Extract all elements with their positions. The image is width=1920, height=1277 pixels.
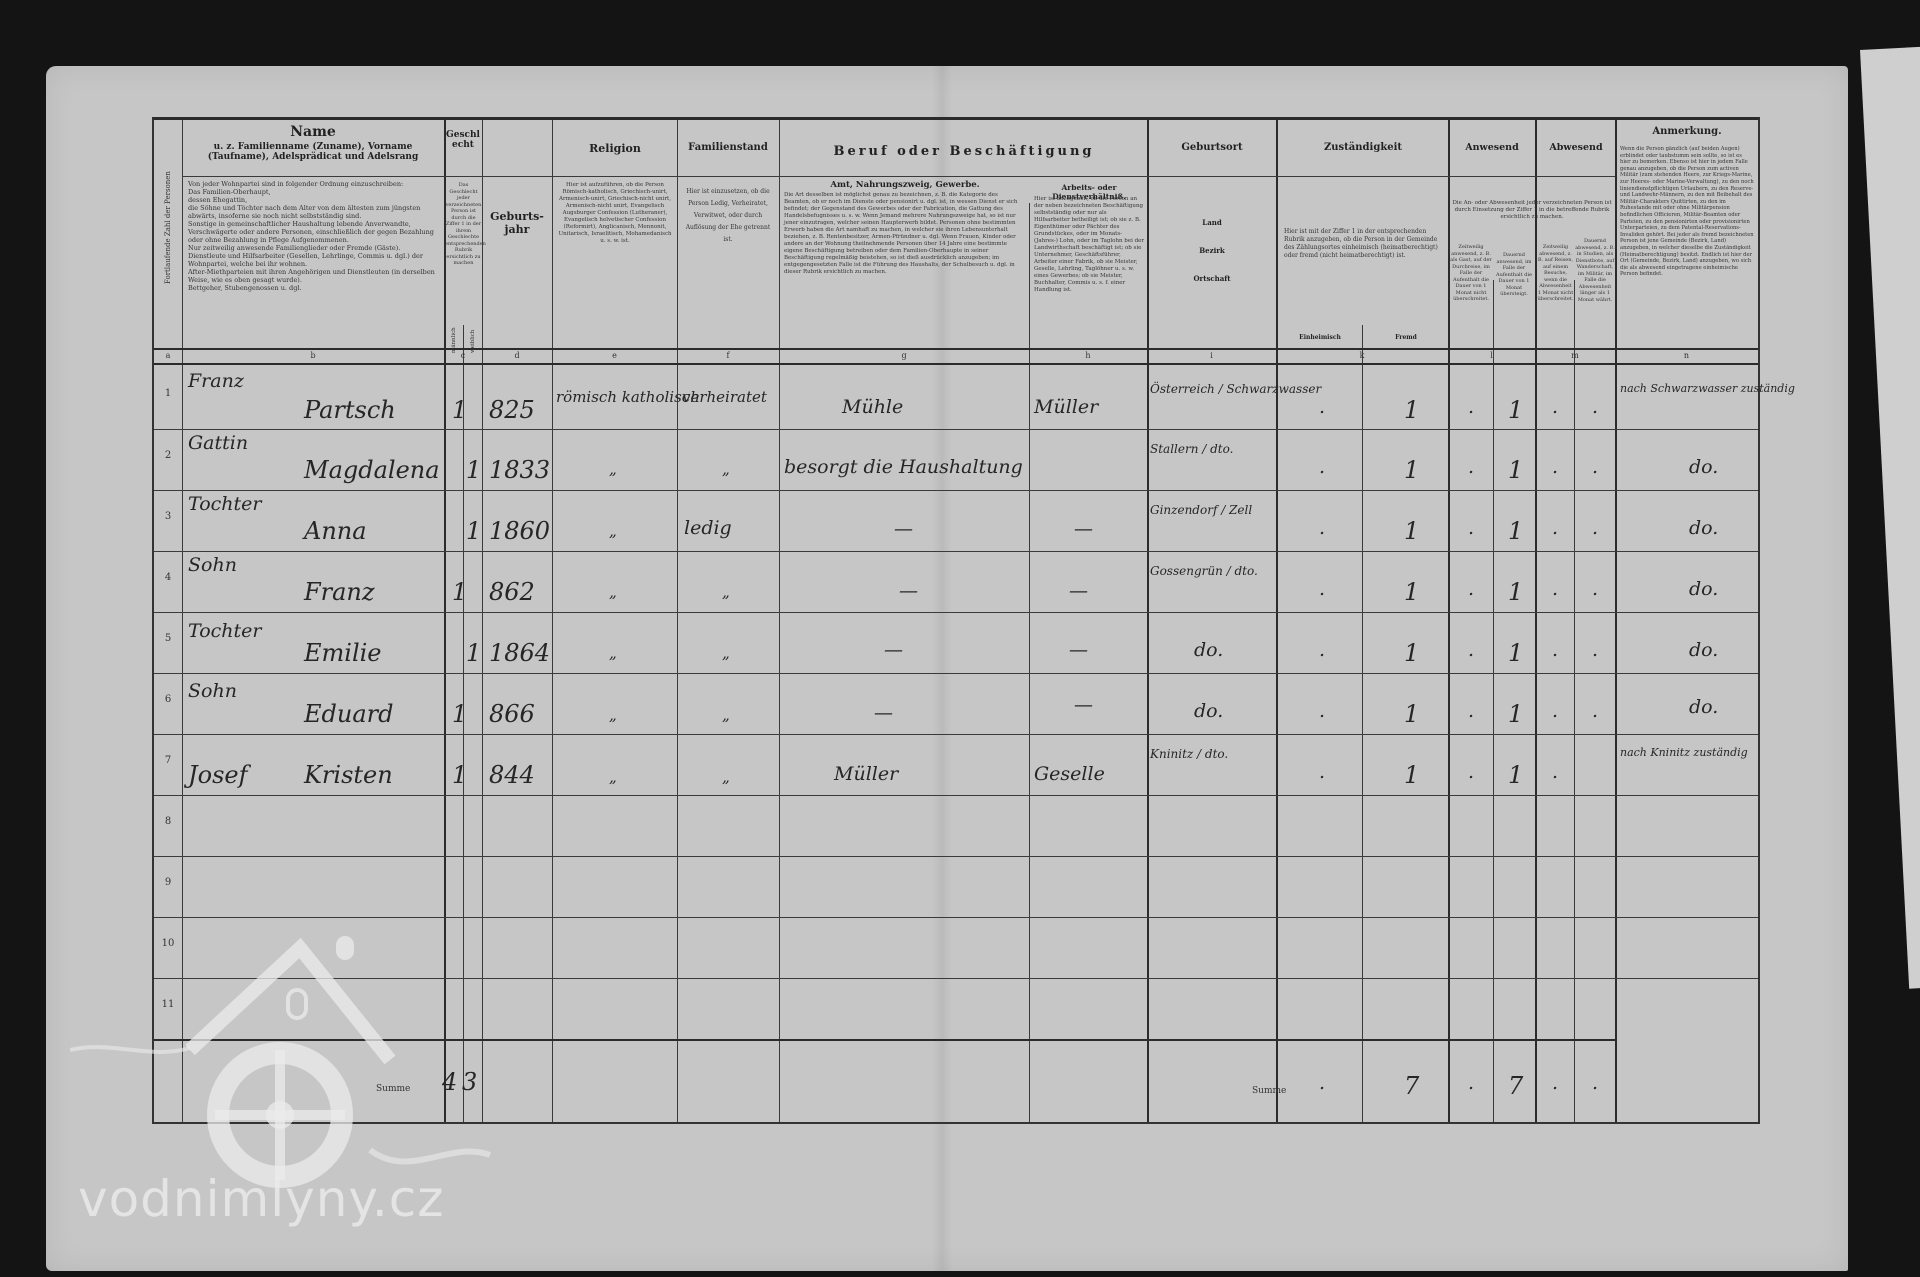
relation-cell: Josef — [188, 761, 247, 789]
employment-cell: — — [1069, 639, 1088, 661]
anw-dauernd-cell: 1 — [1508, 456, 1523, 484]
fremd-cell: 1 — [1404, 578, 1419, 606]
year-cell: 844 — [489, 761, 535, 789]
fremd-cell: 1 — [1404, 761, 1419, 789]
row-number: 11 — [154, 999, 182, 1010]
relation-cell: Gattin — [188, 432, 248, 454]
col-letter-a: a — [154, 351, 182, 360]
col-letter-f: f — [677, 351, 779, 360]
anw-dauernd-cell: 1 — [1508, 578, 1523, 606]
name-instructions: Von jeder Wohnpartei sind in folgender O… — [188, 180, 440, 292]
remark-cell: do. — [1689, 517, 1718, 539]
status-cell: „ — [722, 768, 730, 786]
summe-label-right: Summe — [1252, 1086, 1286, 1096]
anw-dauernd-total: 7 — [1508, 1072, 1523, 1100]
name-cell: Magdalena — [304, 456, 440, 484]
employment-cell: — — [1069, 580, 1088, 602]
abwesend-header: Abwesend — [1537, 142, 1615, 153]
male-cell: 1 — [452, 700, 467, 728]
name-cell: Eduard — [304, 700, 393, 728]
religion-note: Hier ist aufzuführen, ob die Person Römi… — [556, 182, 674, 245]
anw-zeitweilig-cell: . — [1468, 456, 1474, 478]
occupation-cell: besorgt die Haushaltung — [784, 456, 1023, 478]
religion-cell: „ — [609, 522, 617, 540]
col-letter-n: n — [1615, 351, 1758, 360]
female-cell: 1 — [466, 517, 481, 545]
col-a-header: Fortlaufende Zahl der Personen — [164, 164, 172, 284]
anw-zeitweilig-total: . — [1468, 1072, 1474, 1094]
relation-cell: Tochter — [188, 620, 261, 642]
geburtsort-header: Geburtsort — [1149, 142, 1275, 153]
zustaendigkeit-note: Hier ist mit der Ziffer 1 in der entspre… — [1284, 228, 1444, 260]
geschlecht-header: Geschlecht — [445, 130, 481, 150]
geburtsort-bezirk: Bezirk — [1149, 246, 1275, 255]
religion-cell: „ — [609, 706, 617, 724]
col-letter-l: l — [1448, 351, 1535, 360]
status-cell: ledig — [684, 517, 732, 539]
male-subheader: männlich — [451, 313, 457, 353]
status-cell: verheiratet — [682, 388, 767, 406]
row-number: 7 — [154, 755, 182, 766]
name-cell: Anna — [304, 517, 367, 545]
einheimisch-cell: . — [1319, 456, 1325, 478]
remark-cell: do. — [1689, 456, 1718, 478]
name-cell: Emilie — [304, 639, 382, 667]
name-cell: Kristen — [304, 761, 393, 789]
employment-cell: — — [1074, 694, 1093, 716]
year-cell: 862 — [489, 578, 535, 606]
abw-dauernd-cell: . — [1592, 639, 1598, 661]
col-letter-e: e — [552, 351, 677, 360]
einheimisch-cell: . — [1319, 700, 1325, 722]
familienstand-note: Hier ist einzusetzen, ob die Person Ledi… — [682, 186, 774, 246]
anmerkung-note: Wenn die Person gänzlich (auf beiden Aug… — [1620, 146, 1754, 278]
anw-dauernd-cell: 1 — [1508, 396, 1523, 424]
occupation-cell: — — [874, 702, 893, 724]
year-cell: 1860 — [489, 517, 550, 545]
remark-cell: nach Kninitz zuständig — [1620, 746, 1748, 759]
col-letter-g: g — [779, 351, 1029, 360]
fremd-cell: 1 — [1404, 700, 1419, 728]
abw-dauernd-cell: . — [1592, 396, 1598, 418]
geburtsort-ortschaft: Ortschaft — [1149, 274, 1275, 283]
row-number: 2 — [154, 450, 182, 461]
anw-dauernd-cell: 1 — [1508, 700, 1523, 728]
geburtsjahr-header: Geburts-jahr — [484, 210, 550, 236]
arbeits-note: Hier ist anzugeben, ob die Person an der… — [1034, 196, 1144, 294]
name-cell: Partsch — [304, 396, 396, 424]
einheimisch-subheader: Einheimisch — [1278, 334, 1362, 341]
census-form-table: Fortlaufende Zahl der Personen Name u. z… — [152, 117, 1760, 1124]
male-cell: 1 — [452, 761, 467, 789]
abw-zeitweilig-cell: . — [1552, 456, 1558, 478]
row-number: 10 — [154, 938, 182, 949]
einheimisch-cell: . — [1319, 517, 1325, 539]
female-subheader: weiblich — [470, 313, 476, 353]
fremd-subheader: Fremd — [1364, 334, 1448, 341]
male-total: 4 — [442, 1068, 457, 1096]
abw-zeitweilig-note: Zeitweilig abwesend, z. B. auf Reisen, a… — [1537, 244, 1574, 303]
amt-note: Die Art desselben ist möglichst genau zu… — [784, 192, 1026, 276]
abw-zeitweilig-cell: . — [1552, 700, 1558, 722]
anw-zeitweilig-cell: . — [1468, 761, 1474, 783]
abw-zeitweilig-cell: . — [1552, 396, 1558, 418]
birthplace-cell: do. — [1194, 639, 1223, 661]
occupation-cell: — — [884, 639, 903, 661]
col-letter-m: m — [1535, 351, 1615, 360]
abw-dauernd-note: Dauernd abwesend, z. B. in Studien, als … — [1575, 238, 1615, 303]
fremd-total: 7 — [1404, 1072, 1419, 1100]
status-cell: „ — [722, 460, 730, 478]
relation-cell: Sohn — [188, 680, 237, 702]
birthplace-cell: do. — [1194, 700, 1223, 722]
birthplace-cell: Gossengrün / dto. — [1150, 564, 1258, 578]
employment-cell: Müller — [1034, 396, 1098, 418]
row-number: 1 — [154, 388, 182, 399]
religion-cell: „ — [609, 768, 617, 786]
abw-dauernd-cell: . — [1592, 456, 1598, 478]
col-letter-b: b — [182, 351, 444, 360]
einheimisch-cell: . — [1319, 639, 1325, 661]
name-header-title: Name — [184, 124, 442, 140]
abw-zeitweilig-cell: . — [1552, 517, 1558, 539]
row-number: 9 — [154, 877, 182, 888]
summe-label-left: Summe — [376, 1084, 410, 1094]
birthplace-cell: Kninitz / dto. — [1150, 747, 1228, 761]
birthplace-cell: Ginzendorf / Zell — [1150, 503, 1252, 517]
status-cell: „ — [722, 706, 730, 724]
abw-dauernd-cell: . — [1592, 578, 1598, 600]
status-cell: „ — [722, 644, 730, 662]
remark-cell: do. — [1689, 696, 1718, 718]
col-letter-d: d — [482, 351, 552, 360]
occupation-cell: Mühle — [842, 396, 903, 418]
underlying-sheet-edge — [1860, 45, 1920, 988]
row-number: 5 — [154, 633, 182, 644]
an-abwesend-note: Die An- oder Abwesenheit jeder verzeichn… — [1452, 200, 1612, 221]
male-cell: 1 — [452, 578, 467, 606]
year-cell: 866 — [489, 700, 535, 728]
year-cell: 1833 — [489, 456, 550, 484]
occupation-cell: — — [894, 518, 913, 540]
abw-zeitweilig-total: . — [1552, 1072, 1558, 1094]
remark-cell: nach Schwarzwasser zuständig — [1620, 382, 1795, 395]
anw-zeitweilig-cell: . — [1468, 639, 1474, 661]
familienstand-header: Familienstand — [679, 142, 777, 153]
anw-zeitweilig-note: Zeitweilig anwesend, z. B. als Gast, auf… — [1450, 244, 1492, 303]
female-cell: 1 — [466, 456, 481, 484]
col-letter-i: i — [1147, 351, 1276, 360]
amt-header: Amt, Nahrungszweig, Gewerbe. — [781, 180, 1029, 190]
abw-dauernd-cell: . — [1592, 700, 1598, 722]
geschlecht-note: Das Geschlecht jeder verzeichneten Perso… — [445, 182, 482, 267]
anw-dauernd-cell: 1 — [1508, 761, 1523, 789]
occupation-cell: Müller — [834, 763, 898, 785]
religion-cell: römisch katholisch — [556, 388, 700, 406]
col-letter-c: c — [444, 351, 482, 360]
remark-cell: do. — [1689, 578, 1718, 600]
einheimisch-cell: . — [1319, 761, 1325, 783]
row-number: 6 — [154, 694, 182, 705]
female-total: 3 — [462, 1068, 477, 1096]
col-letter-k: k — [1276, 351, 1448, 360]
zustaendigkeit-header: Zuständigkeit — [1278, 142, 1448, 153]
religion-cell: „ — [609, 460, 617, 478]
employment-cell: — — [1074, 518, 1093, 540]
relation-cell: Tochter — [188, 493, 261, 515]
religion-cell: „ — [609, 644, 617, 662]
year-cell: 1864 — [489, 639, 550, 667]
geburtsort-land: Land — [1149, 218, 1275, 227]
row-number: 4 — [154, 572, 182, 583]
abw-zeitweilig-cell: . — [1552, 761, 1558, 783]
anw-dauernd-cell: 1 — [1508, 517, 1523, 545]
name-cell: Franz — [304, 578, 375, 606]
birthplace-cell: Österreich / Schwarzwasser — [1150, 382, 1321, 396]
anw-dauernd-note: Dauernd anwesend, im Falle der Aufenthal… — [1494, 252, 1534, 298]
birthplace-cell: Stallern / dto. — [1150, 442, 1233, 456]
religion-cell: „ — [609, 583, 617, 601]
abw-zeitweilig-cell: . — [1552, 639, 1558, 661]
einheimisch-cell: . — [1319, 396, 1325, 418]
year-cell: 825 — [489, 396, 535, 424]
anw-zeitweilig-cell: . — [1468, 517, 1474, 539]
abw-dauernd-cell: . — [1592, 517, 1598, 539]
einheimisch-total: . — [1319, 1072, 1325, 1094]
fremd-cell: 1 — [1404, 639, 1419, 667]
status-cell: „ — [722, 583, 730, 601]
religion-header: Religion — [554, 142, 676, 155]
relation-cell: Sohn — [188, 554, 237, 576]
einheimisch-cell: . — [1319, 578, 1325, 600]
anwesend-header: Anwesend — [1450, 142, 1534, 153]
female-cell: 1 — [466, 639, 481, 667]
anw-zeitweilig-cell: . — [1468, 396, 1474, 418]
col-letter-h: h — [1029, 351, 1147, 360]
fremd-cell: 1 — [1404, 456, 1419, 484]
remark-cell: do. — [1689, 639, 1718, 661]
anw-zeitweilig-cell: . — [1468, 578, 1474, 600]
row-number: 8 — [154, 816, 182, 827]
fremd-cell: 1 — [1404, 396, 1419, 424]
abw-zeitweilig-cell: . — [1552, 578, 1558, 600]
beruf-header: Beruf oder Beschäftigung — [781, 144, 1147, 159]
occupation-cell: — — [899, 580, 918, 602]
relation-cell: Franz — [188, 370, 244, 392]
abw-dauernd-total: . — [1592, 1072, 1598, 1094]
anw-dauernd-cell: 1 — [1508, 639, 1523, 667]
employment-cell: Geselle — [1034, 763, 1105, 785]
anw-zeitweilig-cell: . — [1468, 700, 1474, 722]
male-cell: 1 — [452, 396, 467, 424]
row-number: 3 — [154, 511, 182, 522]
watermark-text: vodnimlyny.cz — [78, 1170, 444, 1228]
name-header-sub: u. z. Familienname (Zuname), Vorname (Ta… — [186, 142, 440, 162]
fremd-cell: 1 — [1404, 517, 1419, 545]
anmerkung-header: Anmerkung. — [1617, 126, 1757, 137]
